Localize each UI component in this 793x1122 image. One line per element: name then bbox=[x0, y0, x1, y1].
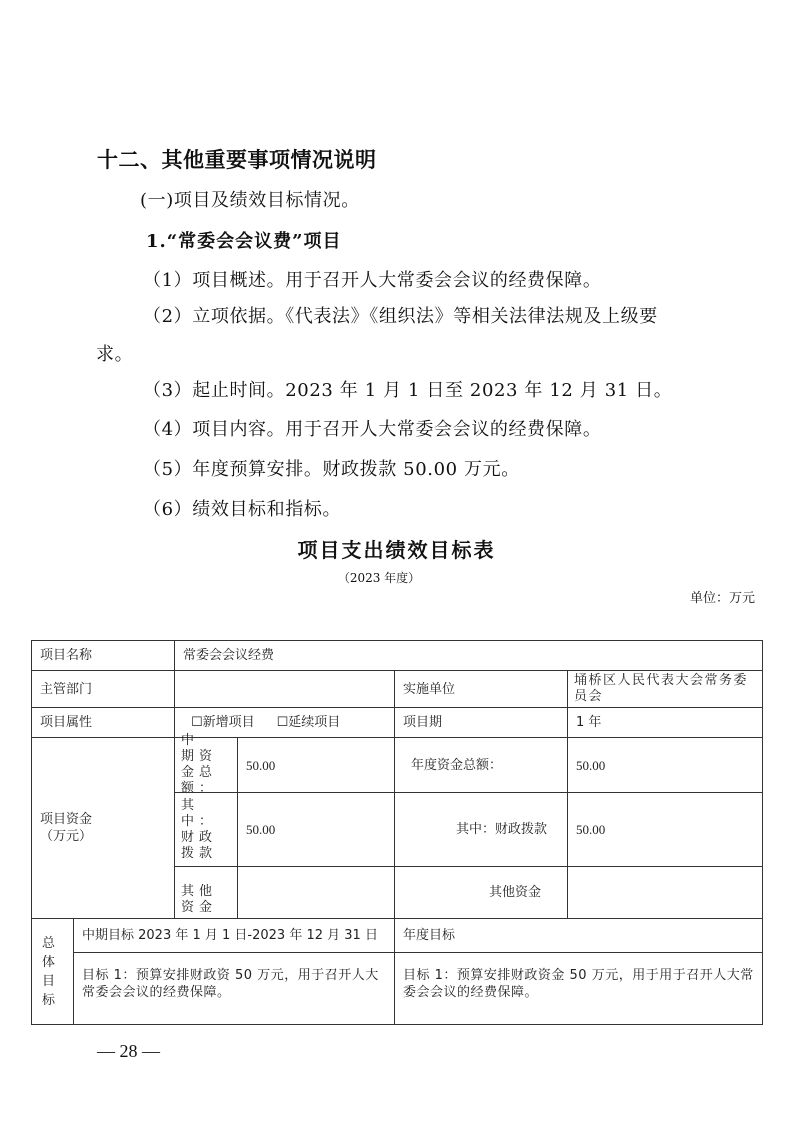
annual-other-label: 其他资金 bbox=[394, 866, 568, 919]
project-name-value: 常委会会议经费 bbox=[174, 640, 763, 671]
paragraph-overview: （1）项目概述。用于召开人大常委会会议的经费保障。 bbox=[143, 266, 601, 292]
annual-goal-header: 年度目标 bbox=[394, 918, 763, 953]
attr-option-continue[interactable]: ☐延续项目 bbox=[277, 714, 341, 731]
dept-value bbox=[174, 670, 395, 708]
period-value: 1 年 bbox=[567, 707, 763, 738]
dept-label: 主管部门 bbox=[31, 670, 175, 708]
annual-other-value bbox=[567, 866, 763, 919]
project-heading: 1.“常委会会议费”项目 bbox=[146, 227, 342, 253]
section-heading: 十二、其他重要事项情况说明 bbox=[97, 144, 377, 174]
paragraph-period: （3）起止时间。2023 年 1 月 1 日至 2023 年 12 月 31 日… bbox=[143, 376, 672, 402]
attr-option-new[interactable]: ☐新增项目 bbox=[191, 714, 255, 731]
subheading: (一)项目及绩效目标情况。 bbox=[140, 186, 360, 212]
mid-other-value bbox=[237, 866, 395, 919]
paragraph-content: （4）项目内容。用于召开人大常委会会议的经费保障。 bbox=[143, 415, 601, 441]
mid-goal-text: 目标 1：预算安排财政资 50 万元，用于召开人大常委会会议的经费保障。 bbox=[73, 952, 395, 1025]
paragraph-targets: （6）绩效目标和指标。 bbox=[143, 495, 341, 521]
funds-label: 项目资金（万元） bbox=[31, 737, 175, 919]
project-name-label: 项目名称 bbox=[31, 640, 175, 671]
annual-goal-text: 目标 1：预算安排财政资金 50 万元，用于用于召开人大常委会会议的经费保障。 bbox=[394, 952, 763, 1025]
mid-goal-header: 中期目标 2023 年 1 月 1 日-2023 年 12 月 31 日 bbox=[73, 918, 395, 953]
impl-unit-value: 埇桥区人民代表大会常务委员会 bbox=[567, 670, 763, 708]
table-unit: 单位：万元 bbox=[690, 587, 755, 606]
period-label: 项目期 bbox=[394, 707, 568, 738]
paragraph-budget: （5）年度预算安排。财政拨款 50.00 万元。 bbox=[143, 455, 520, 481]
table-year: （2023 年度） bbox=[0, 569, 793, 586]
table-title: 项目支出绩效目标表 bbox=[0, 534, 793, 563]
mid-total-value: 50.00 bbox=[237, 737, 395, 793]
mid-other-label: 其他资金 bbox=[174, 866, 238, 919]
paragraph-basis: （2）立项依据。《代表法》《组织法》等相关法律法规及上级要 bbox=[143, 302, 658, 328]
annual-fiscal-label: 其中：财政拨款 bbox=[394, 792, 568, 867]
mid-fiscal-value: 50.00 bbox=[237, 792, 395, 867]
annual-total-value: 50.00 bbox=[567, 737, 763, 793]
attr-label: 项目属性 bbox=[31, 707, 175, 738]
page-number: — 28 — bbox=[97, 1041, 160, 1062]
annual-fiscal-value: 50.00 bbox=[567, 792, 763, 867]
mid-total-label: 中 期资金总额： bbox=[174, 737, 238, 793]
mid-fiscal-label: 其中：财政拨款 bbox=[174, 792, 238, 867]
impl-unit-label: 实施单位 bbox=[394, 670, 568, 708]
annual-total-label: 年度资金总额： bbox=[394, 737, 568, 793]
paragraph-basis-cont: 求。 bbox=[96, 340, 133, 366]
overall-goal-label: 总体目标 bbox=[31, 918, 74, 1025]
